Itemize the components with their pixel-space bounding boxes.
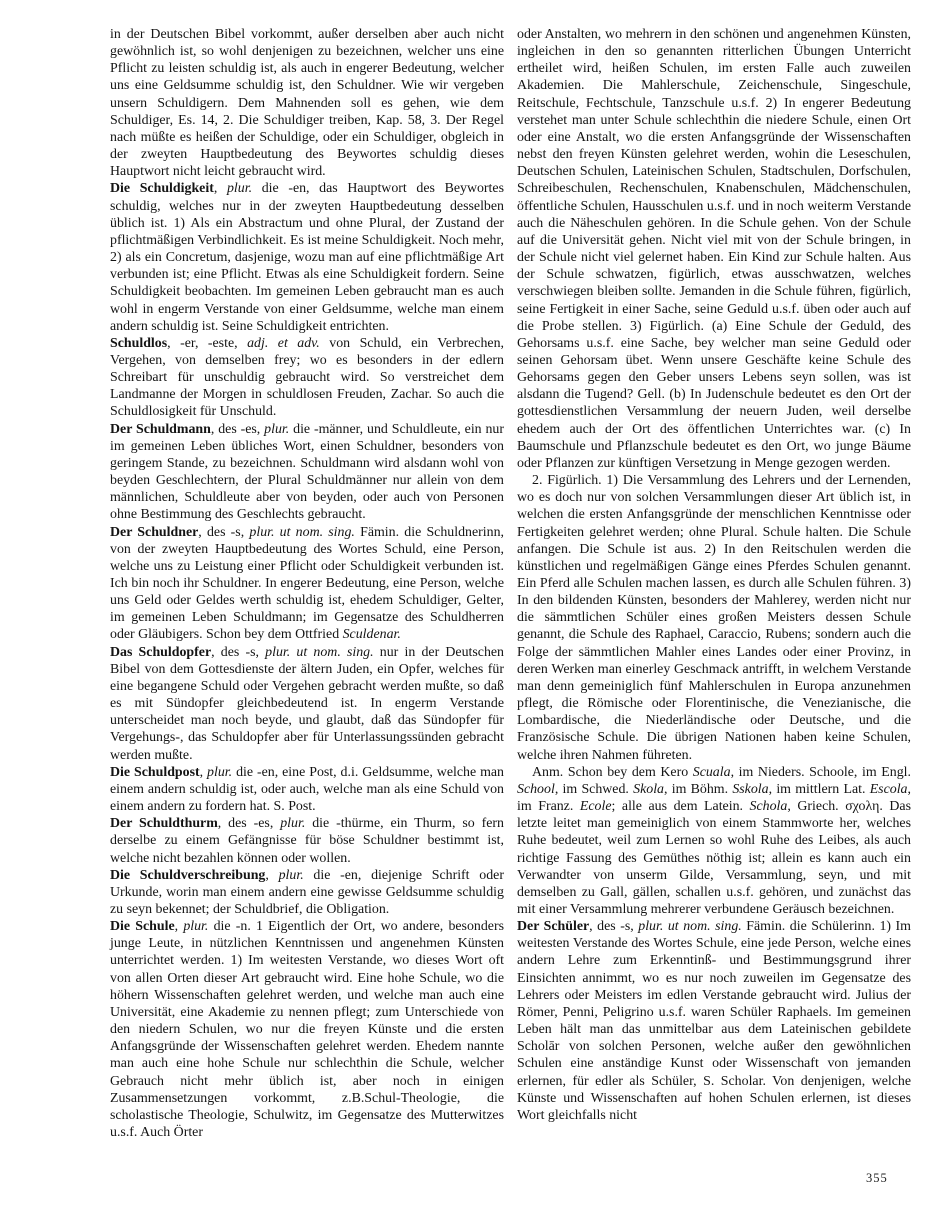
entry-das-schuldopfer: Das Schuldopfer, des -s, plur. ut nom. s… <box>110 644 504 764</box>
body-text: oder Anstalten, wo mehrern in den schöne… <box>517 27 911 471</box>
headword: Der Schüler <box>517 919 589 934</box>
italic-text: plur. <box>207 765 232 780</box>
body-text: , des -es, <box>211 422 264 437</box>
italic-text: plur. <box>227 181 252 196</box>
body-text: , Griech. σχολη. Das letzte leitet man g… <box>517 799 911 917</box>
body-text: in der Deutschen Bibel vorkommt, außer d… <box>110 27 504 179</box>
entry-der-schueler: Der Schüler, des -s, plur. ut nom. sing.… <box>517 918 911 1124</box>
italic-text: plur. ut nom. sing. <box>638 919 742 934</box>
headword: Die Schuldigkeit <box>110 181 214 196</box>
body-text: , im Böhm. <box>664 782 732 797</box>
entry-schuldlos: Schuldlos, -er, -este, adj. et adv. von … <box>110 335 504 421</box>
headword: Die Schuldpost <box>110 765 200 780</box>
entry-die-schuldpost: Die Schuldpost, plur. die -en, eine Post… <box>110 764 504 815</box>
entry-die-schule-figuerlich: 2. Figürlich. 1) Die Versammlung des Leh… <box>517 472 911 764</box>
italic-text: School <box>517 782 555 797</box>
body-text: , im mittlern Lat. <box>769 782 870 797</box>
headword: Die Schuldverschreibung <box>110 868 265 883</box>
body-text: , des -s, <box>589 919 638 934</box>
entry-die-schule-continuation: oder Anstalten, wo mehrern in den schöne… <box>517 26 911 472</box>
italic-text: Escola <box>870 782 908 797</box>
italic-text: plur. ut nom. sing. <box>265 645 373 660</box>
italic-text: Sskola <box>732 782 768 797</box>
italic-text: plur. <box>279 868 304 883</box>
right-column: oder Anstalten, wo mehrern in den schöne… <box>517 26 911 1124</box>
body-text: , -er, -este, <box>167 336 247 351</box>
body-text: , des -es, <box>218 816 280 831</box>
body-text: , des -s, <box>198 525 249 540</box>
entry-die-schuldverschreibung: Die Schuldverschreibung, plur. die -en, … <box>110 867 504 918</box>
body-text: , des -s, <box>211 645 265 660</box>
body-text: , <box>214 181 227 196</box>
entry-der-schuldmann: Der Schuldmann, des -es, plur. die -männ… <box>110 421 504 524</box>
body-text: Anm. Schon bey dem Kero <box>532 765 693 780</box>
italic-text: plur. <box>264 422 289 437</box>
body-text: , <box>175 919 184 934</box>
body-text: , im Schwed. <box>555 782 633 797</box>
italic-text: Scuala <box>693 765 731 780</box>
body-text: Fämin. die Schuldnerinn, von der zweyten… <box>110 525 504 643</box>
entry-die-schule: Die Schule, plur. die -n. 1 Eigentlich d… <box>110 918 504 1141</box>
italic-text: Ecole <box>580 799 612 814</box>
body-text: Fämin. die Schülerinn. 1) Im weitesten V… <box>517 919 911 1123</box>
italic-text: plur. <box>183 919 208 934</box>
italic-text: plur. <box>280 816 305 831</box>
headword: Das Schuldopfer <box>110 645 211 660</box>
left-column: in der Deutschen Bibel vorkommt, außer d… <box>110 26 504 1141</box>
italic-text: Sculdenar. <box>343 627 401 642</box>
body-text: 2. Figürlich. 1) Die Versammlung des Leh… <box>517 473 911 763</box>
headword: Der Schuldner <box>110 525 198 540</box>
entry-schuldig-continuation: in der Deutschen Bibel vorkommt, außer d… <box>110 26 504 180</box>
entry-der-schuldner: Der Schuldner, des -s, plur. ut nom. sin… <box>110 524 504 644</box>
body-text: , <box>265 868 278 883</box>
headword: Schuldlos <box>110 336 167 351</box>
body-text: nur in der Deutschen Bibel von dem Gotte… <box>110 645 504 763</box>
dictionary-page: in der Deutschen Bibel vorkommt, außer d… <box>0 0 935 1210</box>
italic-text: adj. et adv. <box>247 336 320 351</box>
body-text: die -en, das Hauptwort des Beywortes sch… <box>110 181 504 333</box>
body-text: , im Nieders. Schoole, im Engl. <box>731 765 911 780</box>
entry-die-schule-anmerkung: Anm. Schon bey dem Kero Scuala, im Niede… <box>517 764 911 918</box>
italic-text: Skola <box>633 782 664 797</box>
page-number: 355 <box>866 1171 888 1186</box>
entry-die-schuldigkeit: Die Schuldigkeit, plur. die -en, das Hau… <box>110 180 504 334</box>
body-text: ; alle aus dem Latein. <box>612 799 750 814</box>
text-columns: in der Deutschen Bibel vorkommt, außer d… <box>110 26 911 1141</box>
headword: Der Schuldthurm <box>110 816 218 831</box>
body-text: die -n. 1 Eigentlich der Ort, wo andere,… <box>110 919 504 1140</box>
headword: Der Schuldmann <box>110 422 211 437</box>
body-text: , <box>200 765 207 780</box>
entry-der-schuldthurm: Der Schuldthurm, des -es, plur. die -thü… <box>110 815 504 866</box>
italic-text: plur. ut nom. sing. <box>249 525 355 540</box>
italic-text: Schola <box>750 799 788 814</box>
headword: Die Schule <box>110 919 175 934</box>
